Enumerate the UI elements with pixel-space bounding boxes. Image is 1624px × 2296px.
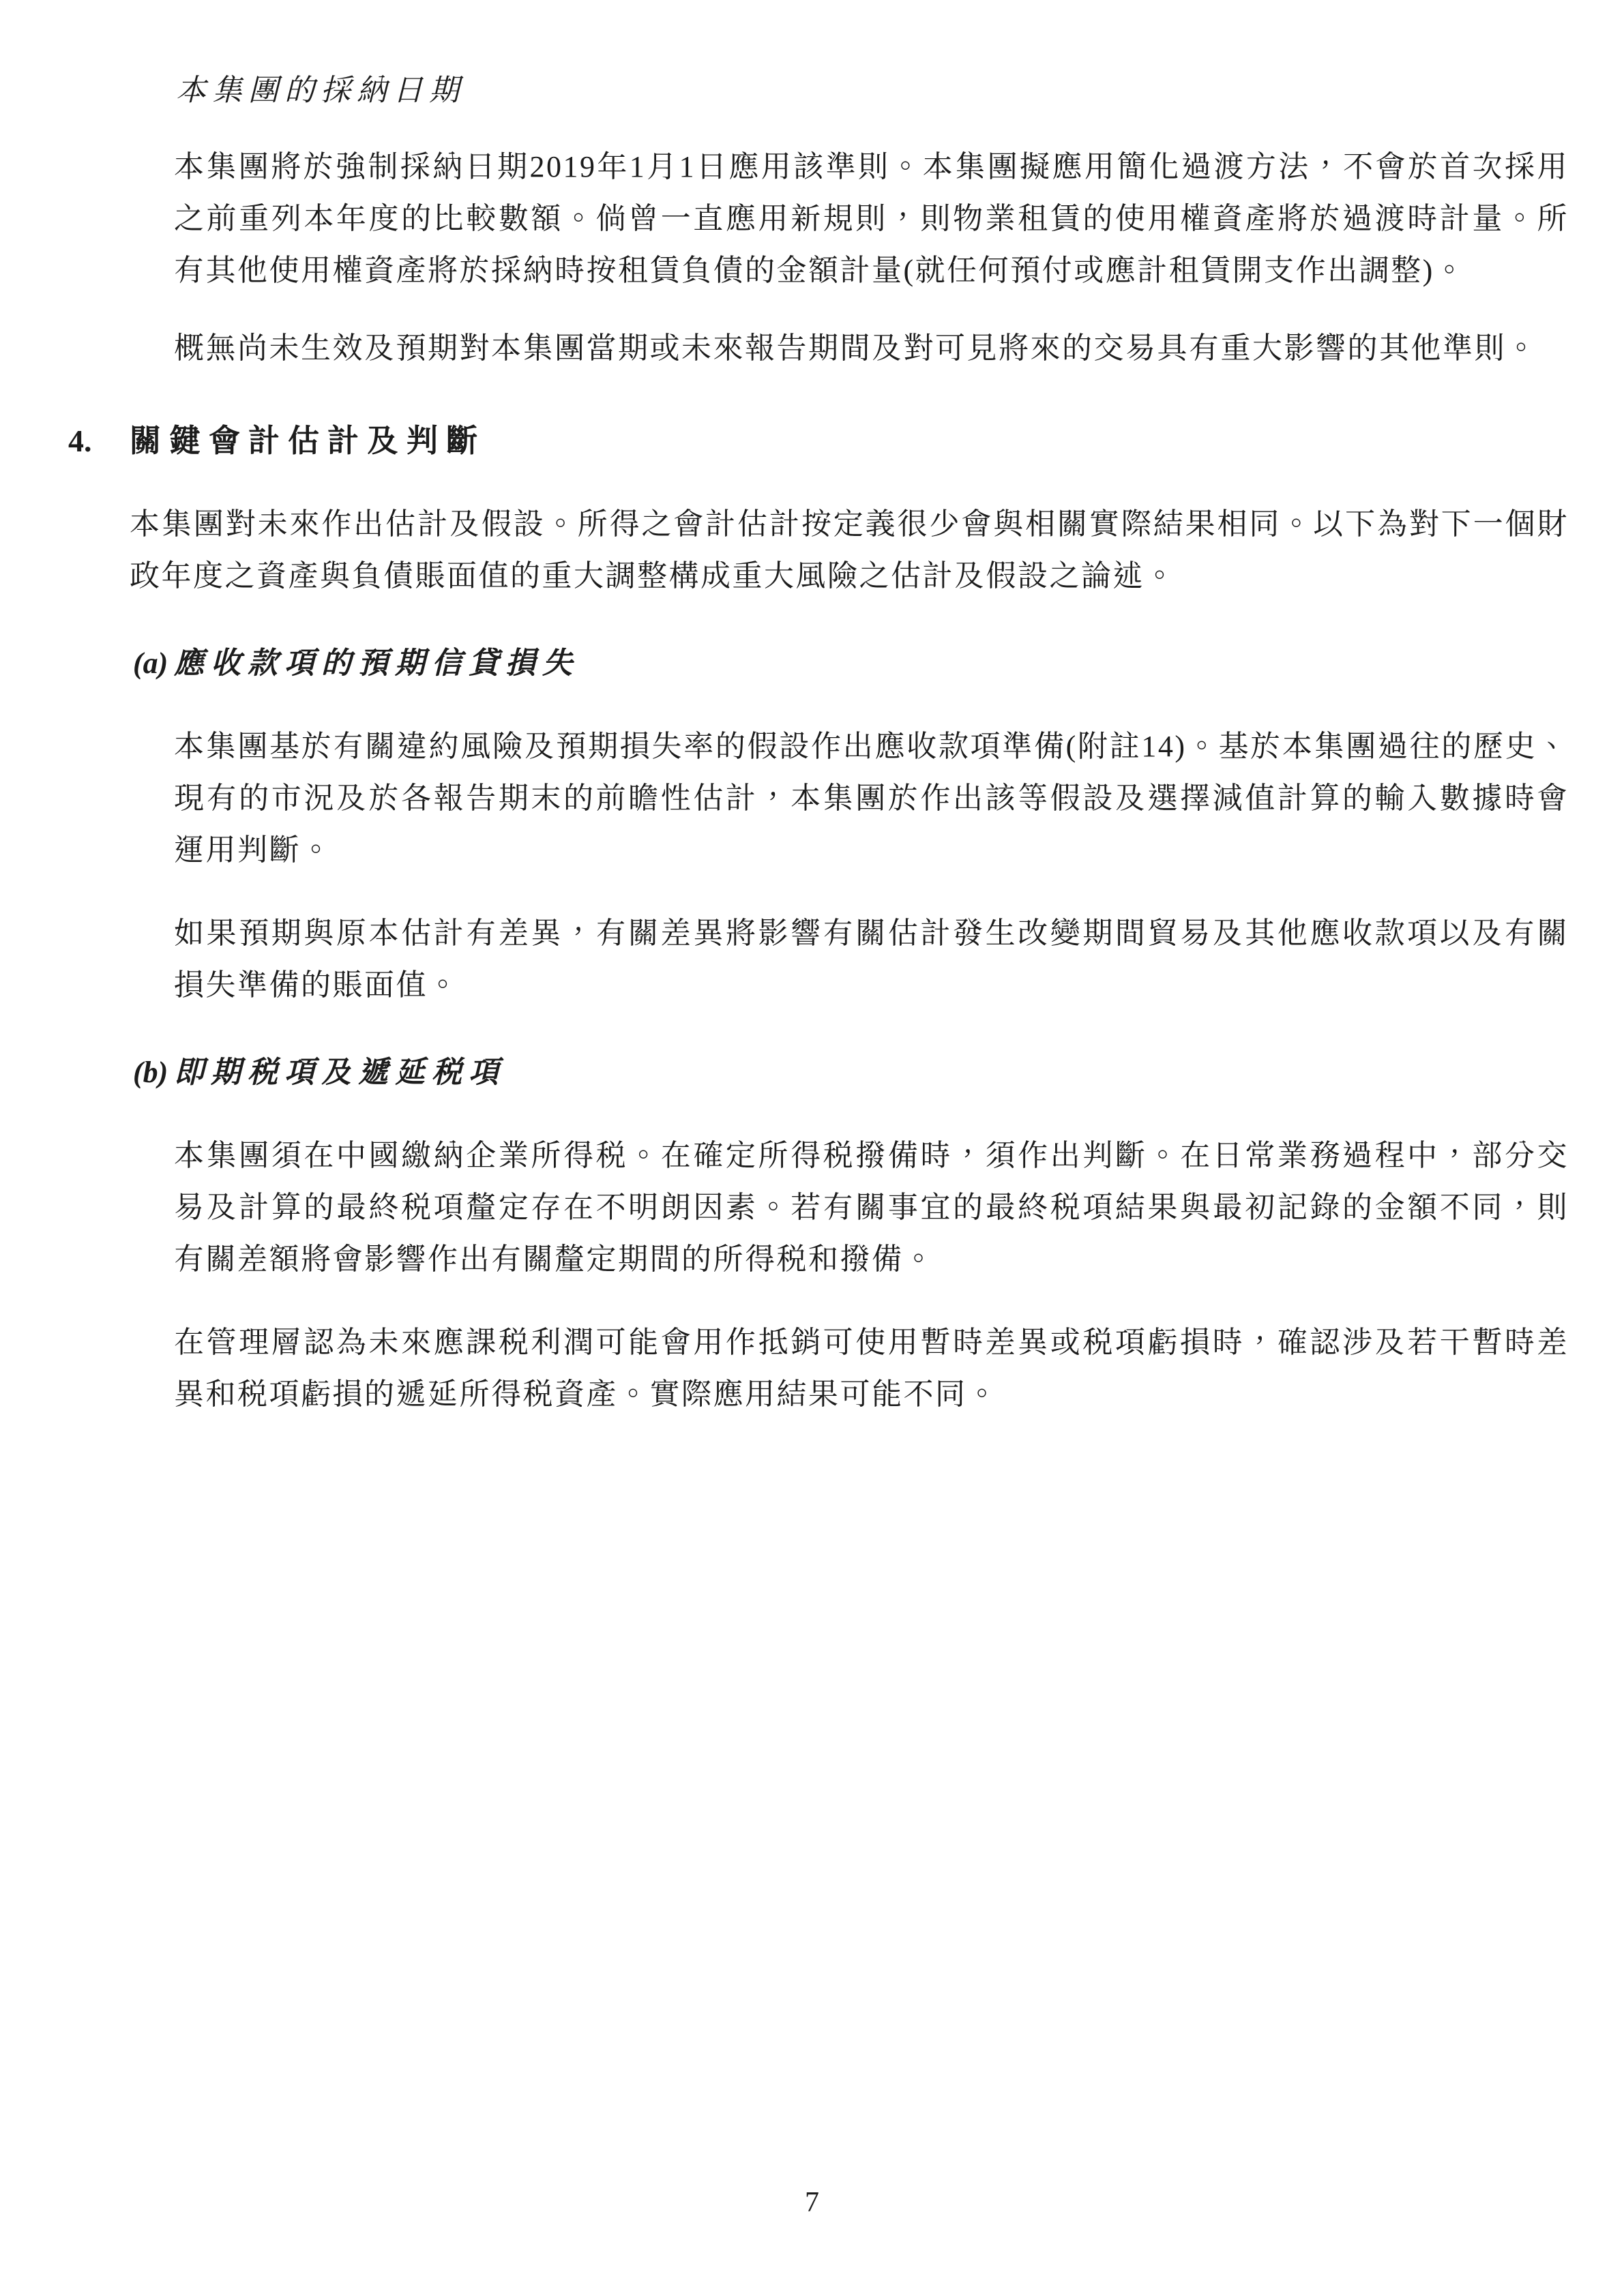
adoption-date-heading: 本集團的採納日期 [176,65,1624,117]
item-b-paragraph-2: 在管理層認為未來應課税利潤可能會用作抵銷可使用暫時差異或税項虧損時，確認涉及若干… [174,1317,1569,1420]
item-b-heading: (b) 即期税項及遞延税項 [133,1047,1624,1099]
adoption-paragraph-1: 本集團將於強制採納日期2019年1月1日應用該準則。本集團擬應用簡化過渡方法，不… [174,141,1569,297]
item-b-title: 即期税項及遞延税項 [174,1047,505,1099]
section-4-heading: 4. 關鍵會計估計及判斷 [68,415,1624,467]
item-b-paragraph-1: 本集團須在中國繳納企業所得税。在確定所得税撥備時，須作出判斷。在日常業務過程中，… [174,1130,1569,1285]
item-a-paragraph-2: 如果預期與原本估計有差異，有關差異將影響有關估計發生改變期間貿易及其他應收款項以… [174,908,1569,1011]
adoption-paragraph-2: 概無尚未生效及預期對本集團當期或未來報告期間及對可見將來的交易具有重大影響的其他… [174,323,1569,374]
section-4-title: 關鍵會計估計及判斷 [130,415,486,467]
item-a-title: 應收款項的預期信貸損失 [174,638,579,689]
section-4-intro-paragraph: 本集團對未來作出估計及假設。所得之會計估計按定義很少會與相關實際結果相同。以下為… [130,498,1569,602]
item-b-label: (b) [133,1047,174,1099]
page-content: 本集團的採納日期 本集團將於強制採納日期2019年1月1日應用該準則。本集團擬應… [0,65,1624,1420]
document-page: 本集團的採納日期 本集團將於強制採納日期2019年1月1日應用該準則。本集團擬應… [0,0,1624,2296]
page-number: 7 [0,2186,1624,2220]
item-a-label: (a) [133,638,174,689]
item-a-paragraph-1: 本集團基於有關違約風險及預期損失率的假設作出應收款項準備(附註14)。基於本集團… [174,721,1569,876]
section-4-number: 4. [68,415,130,467]
item-a-heading: (a) 應收款項的預期信貸損失 [133,638,1624,689]
